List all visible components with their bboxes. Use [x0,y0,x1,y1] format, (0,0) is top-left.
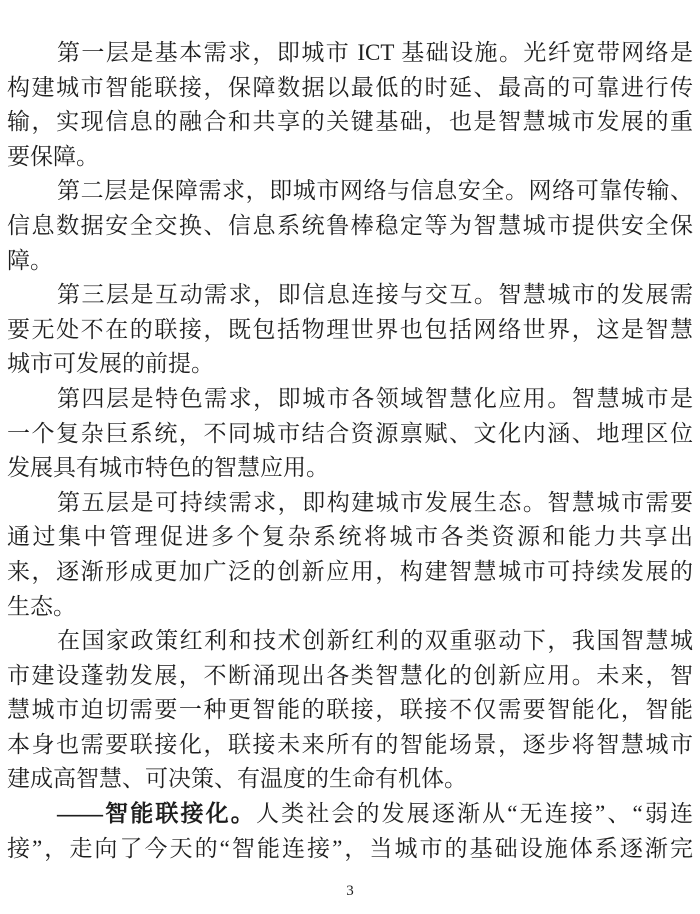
page-number: 3 [0,881,700,901]
text-line: 来，逐渐形成更加广泛的创新应用，构建智慧城市可持续发展的 [7,555,693,590]
text-line: 一个复杂巨系统，不同城市结合资源禀赋、文化内涵、地理区位 [7,417,693,452]
text-line: 第一层是基本需求，即城市 ICT 基础设施。光纤宽带网络是 [7,36,693,71]
bold-run: ——智能联接化。 [57,801,256,826]
text-line: 在国家政策红利和技术创新红利的双重驱动下，我国智慧城 [7,624,693,659]
text-line: 要保障。 [7,140,693,175]
paragraph: 在国家政策红利和技术创新红利的双重驱动下，我国智慧城 市建设蓬勃发展，不断涌现出… [7,624,693,797]
text-line: 慧城市迫切需要一种更智能的联接，联接不仅需要智能化，智能 [7,693,693,728]
text-line: 本身也需要联接化，联接未来所有的智能场景，逐步将智慧城市 [7,728,693,763]
paragraph: 第三层是互动需求，即信息连接与交互。智慧城市的发展需 要无处不在的联接，既包括物… [7,278,693,382]
text-line: 构建城市智能联接，保障数据以最低的时延、最高的可靠进行传 [7,71,693,106]
text-line: 要无处不在的联接，既包括物理世界也包括网络世界，这是智慧 [7,313,693,348]
paragraph: 第五层是可持续需求，即构建城市发展生态。智慧城市需要 通过集中管理促进多个复杂系… [7,486,693,624]
text-line: 建成高智慧、可决策、有温度的生命有机体。 [7,762,693,797]
text-line: 发展具有城市特色的智慧应用。 [7,451,693,486]
text-line: 障。 [7,244,693,279]
document-page: 第一层是基本需求，即城市 ICT 基础设施。光纤宽带网络是 构建城市智能联接，保… [0,0,700,914]
text-line: 通过集中管理促进多个复杂系统将城市各类资源和能力共享出 [7,520,693,555]
text-line: 生态。 [7,590,693,625]
paragraph: 第一层是基本需求，即城市 ICT 基础设施。光纤宽带网络是 构建城市智能联接，保… [7,36,693,174]
paragraph: ——智能联接化。人类社会的发展逐渐从“无连接”、“弱连 接”，走向了今天的“智能… [7,797,693,866]
text-line: 信息数据安全交换、信息系统鲁棒稳定等为智慧城市提供安全保 [7,209,693,244]
paragraph: 第二层是保障需求，即城市网络与信息安全。网络可靠传输、 信息数据安全交换、信息系… [7,174,693,278]
text-line: 市建设蓬勃发展，不断涌现出各类智慧化的创新应用。未来，智 [7,659,693,694]
text-line: 输，实现信息的融合和共享的关键基础，也是智慧城市发展的重 [7,105,693,140]
body-text: 第一层是基本需求，即城市 ICT 基础设施。光纤宽带网络是 构建城市智能联接，保… [7,36,693,866]
text-line: 第二层是保障需求，即城市网络与信息安全。网络可靠传输、 [7,174,693,209]
text-line: 第三层是互动需求，即信息连接与交互。智慧城市的发展需 [7,278,693,313]
text-line: 接”，走向了今天的“智能连接”，当城市的基础设施体系逐渐完 [7,832,693,867]
text-run: 人类社会的发展逐渐从“无连接”、“弱连 [256,801,693,826]
paragraph: 第四层是特色需求，即城市各领域智慧化应用。智慧城市是 一个复杂巨系统，不同城市结… [7,382,693,486]
text-line: ——智能联接化。人类社会的发展逐渐从“无连接”、“弱连 [7,797,693,832]
text-line: 第五层是可持续需求，即构建城市发展生态。智慧城市需要 [7,486,693,521]
text-line: 城市可发展的前提。 [7,347,693,382]
text-line: 第四层是特色需求，即城市各领域智慧化应用。智慧城市是 [7,382,693,417]
